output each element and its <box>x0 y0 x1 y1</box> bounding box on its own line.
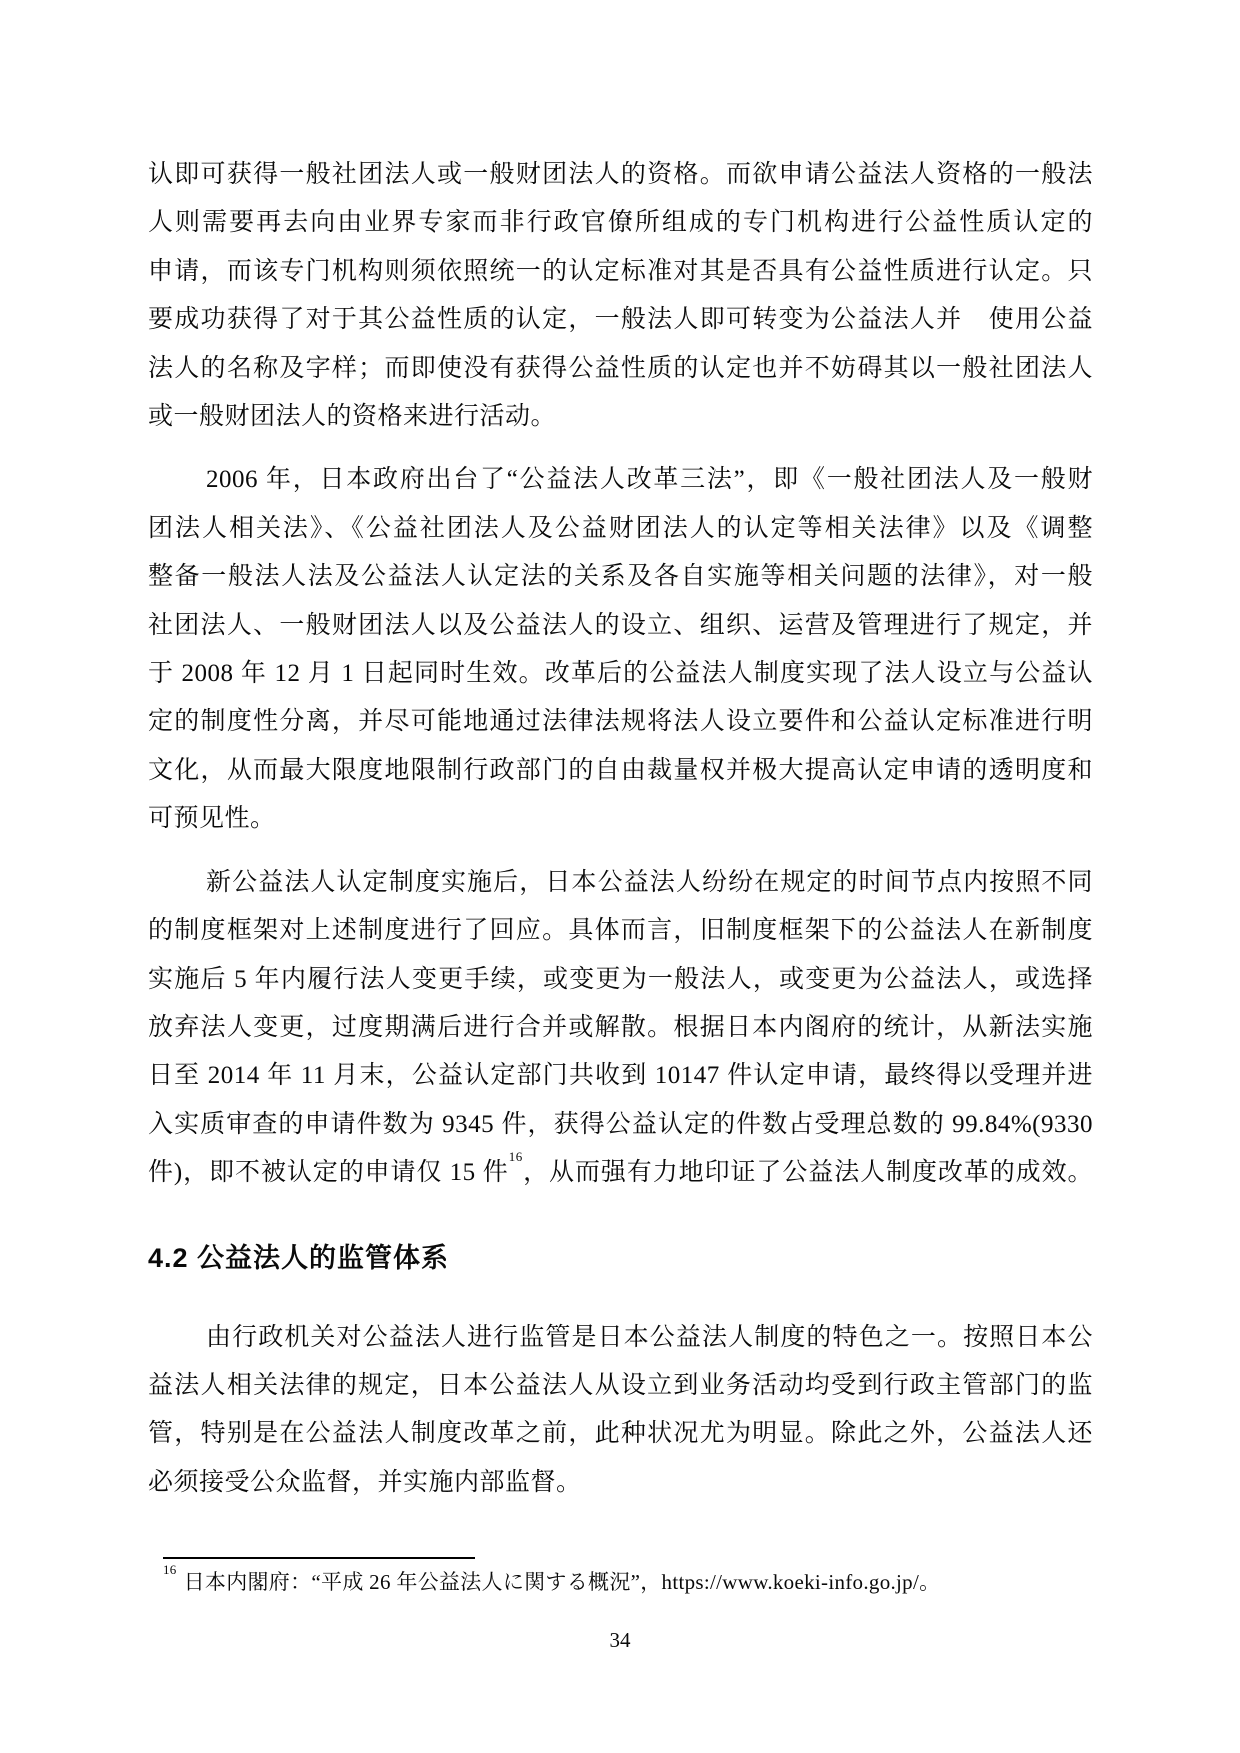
text-line-segment: 件)，即不被认定的申请仅 15 件 <box>148 1159 509 1186</box>
body-paragraph: 由行政机关对公益法人进行监管是日本公益法人制度的特色之一。按照日本公 益法人相关… <box>148 1314 1093 1508</box>
footnote-area: 16日本内閣府：“平成 26 年公益法人に関する概況”，https://www.… <box>148 1557 1093 1597</box>
text-line: 由行政机关对公益法人进行监管是日本公益法人制度的特色之一。按照日本公 <box>148 1314 1093 1362</box>
footnote: 16日本内閣府：“平成 26 年公益法人に関する概況”，https://www.… <box>163 1567 1093 1597</box>
text-line: 必须接受公众监督，并实施内部监督。 <box>148 1459 1093 1507</box>
body-paragraph: 2006 年，日本政府出台了“公益法人改革三法”，即《一般社团法人及一般财 团法… <box>148 456 1093 843</box>
body-paragraph: 认即可获得一般社团法人或一般财团法人的资格。而欲申请公益法人资格的一般法 人则需… <box>148 151 1093 441</box>
page-number: 34 <box>0 1626 1240 1654</box>
text-line: 于 2008 年 12 月 1 日起同时生效。改革后的公益法人制度实现了法人设立… <box>148 650 1093 698</box>
text-line-segment: ，从而强有力地印证了公益法人制度改革的成效。 <box>523 1159 1093 1186</box>
document-page: 认即可获得一般社团法人或一般财团法人的资格。而欲申请公益法人资格的一般法 人则需… <box>0 0 1240 1753</box>
text-line: 入实质审查的申请件数为 9345 件，获得公益认定的件数占受理总数的 99.84… <box>148 1101 1093 1149</box>
text-line: 件)，即不被认定的申请仅 15 件16，从而强有力地印证了公益法人制度改革的成效… <box>148 1149 1093 1197</box>
text-line: 实施后 5 年内履行法人变更手续，或变更为一般法人，或变更为公益法人，或选择 <box>148 956 1093 1004</box>
text-line: 可预见性。 <box>148 795 1093 843</box>
text-line: 的制度框架对上述制度进行了回应。具体而言，旧制度框架下的公益法人在新制度 <box>148 907 1093 955</box>
footnote-ref: 16 <box>509 1149 523 1164</box>
text-line: 日至 2014 年 11 月末，公益认定部门共收到 10147 件认定申请，最终… <box>148 1052 1093 1100</box>
footnote-text: 日本内閣府：“平成 26 年公益法人に関する概況”，https://www.ko… <box>184 1570 941 1594</box>
text-line: 整备一般法人法及公益法人认定法的关系及各自实施等相关问题的法律》，对一般 <box>148 553 1093 601</box>
text-line: 人则需要再去向由业界专家而非行政官僚所组成的专门机构进行公益性质认定的 <box>148 199 1093 247</box>
text-line: 社团法人、一般财团法人以及公益法人的设立、组织、运营及管理进行了规定，并 <box>148 602 1093 650</box>
text-line: 管，特别是在公益法人制度改革之前，此种状况尤为明显。除此之外，公益法人还 <box>148 1410 1093 1458</box>
text-line: 新公益法人认定制度实施后，日本公益法人纷纷在规定的时间节点内按照不同 <box>148 859 1093 907</box>
section-heading: 4.2 公益法人的监管体系 <box>148 1238 1093 1278</box>
text-line: 认即可获得一般社团法人或一般财团法人的资格。而欲申请公益法人资格的一般法 <box>148 151 1093 199</box>
body-paragraph: 新公益法人认定制度实施后，日本公益法人纷纷在规定的时间节点内按照不同 的制度框架… <box>148 859 1093 1198</box>
page-body: 认即可获得一般社团法人或一般财团法人的资格。而欲申请公益法人资格的一般法 人则需… <box>148 151 1093 1522</box>
text-line: 要成功获得了对于其公益性质的认定，一般法人即可转变为公益法人并 使用公益 <box>148 296 1093 344</box>
footnote-separator <box>163 1557 475 1559</box>
text-line: 放弃法人变更，过度期满后进行合并或解散。根据日本内阁府的统计，从新法实施 <box>148 1004 1093 1052</box>
text-line: 团法人相关法》、《公益社团法人及公益财团法人的认定等相关法律》以及《调整 <box>148 505 1093 553</box>
text-line: 申请，而该专门机构则须依照统一的认定标准对其是否具有公益性质进行认定。只 <box>148 248 1093 296</box>
footnote-marker: 16 <box>163 1562 177 1577</box>
text-line: 或一般财团法人的资格来进行活动。 <box>148 393 1093 441</box>
text-line: 文化，从而最大限度地限制行政部门的自由裁量权并极大提高认定申请的透明度和 <box>148 747 1093 795</box>
text-line: 2006 年，日本政府出台了“公益法人改革三法”，即《一般社团法人及一般财 <box>148 456 1093 504</box>
text-line: 益法人相关法律的规定，日本公益法人从设立到业务活动均受到行政主管部门的监 <box>148 1362 1093 1410</box>
text-line: 法人的名称及字样；而即使没有获得公益性质的认定也并不妨碍其以一般社团法人 <box>148 345 1093 393</box>
text-line: 定的制度性分离，并尽可能地通过法律法规将法人设立要件和公益认定标准进行明 <box>148 698 1093 746</box>
